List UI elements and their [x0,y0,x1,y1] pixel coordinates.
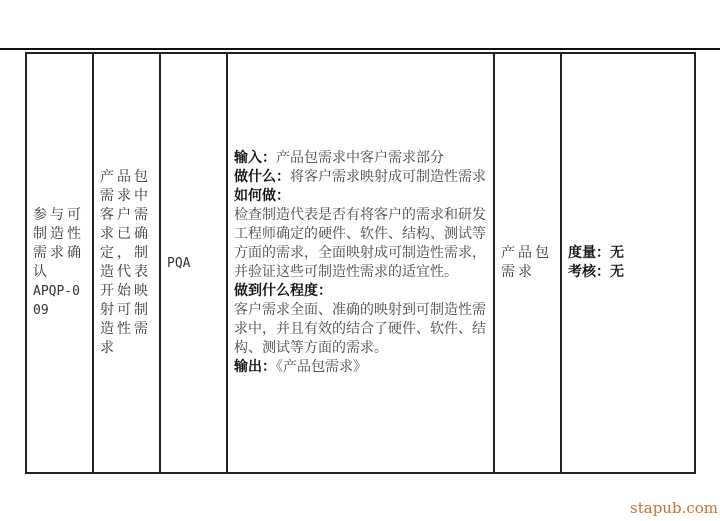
role-cell: PQA [160,53,227,473]
table-row: 参与可制造性需求确认 APQP-0 09 产品包需求中客户需求已确定，制造代表开… [26,53,695,473]
input-text: 产品包需求中客户需求部分 [276,150,444,166]
how-text: 检查制造代表是否有将客户的需求和研发工程师确定的硬件、软件、结构、测试等方面的需… [234,207,486,280]
what-text: 将客户需求映射成可制造性需求 [290,169,486,185]
description-cell: 输入：产品包需求中客户需求部分 做什么：将客户需求映射成可制造性需求 如何做： … [227,53,494,473]
measure-label: 度量： [568,245,610,261]
header-rule [0,48,720,50]
degree-label: 做到什么程度： [234,283,332,299]
activity-cell: 参与可制造性需求确认 APQP-0 09 [26,53,93,473]
activity-code-line2: 09 [33,301,86,320]
deliverable-cell: 产品包需求 [494,53,561,473]
process-table: 参与可制造性需求确认 APQP-0 09 产品包需求中客户需求已确定，制造代表开… [25,52,696,474]
assess-value: 无 [610,264,624,280]
metrics-cell: 度量：无 考核：无 [561,53,695,473]
degree-text: 客户需求全面、准确的映射到可制造性需求中，并且有效的结合了硬件、软件、结构、测试… [234,302,486,356]
output-text: 《产品包需求》 [276,359,367,375]
watermark: stapub.com [630,499,718,517]
input-label: 输入： [234,150,276,166]
output-label: 输出： [234,359,276,375]
activity-title: 参与可制造性需求确认 [33,206,86,282]
role-text: PQA [167,254,220,273]
activity-code-line1: APQP-0 [33,282,86,301]
trigger-text: 产品包需求中客户需求已确定，制造代表开始映射可制造性需求 [100,168,153,358]
deliverable-text: 产品包需求 [501,244,554,282]
how-label: 如何做： [234,188,290,204]
measure-line: 度量：无 [568,244,688,263]
assess-line: 考核：无 [568,263,688,282]
what-label: 做什么： [234,169,290,185]
assess-label: 考核： [568,264,610,280]
trigger-cell: 产品包需求中客户需求已确定，制造代表开始映射可制造性需求 [93,53,160,473]
measure-value: 无 [610,245,624,261]
